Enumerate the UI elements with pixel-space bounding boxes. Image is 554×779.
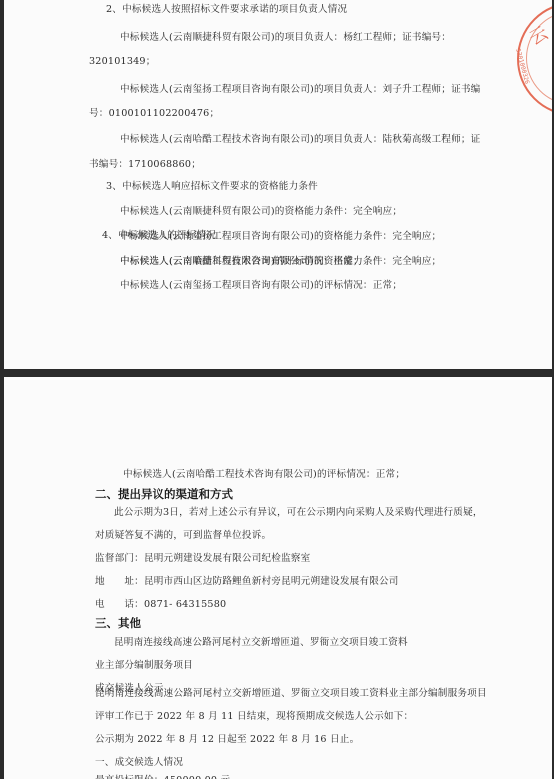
text-line: 中标候选人(云南顺捷科贸有限公司)的资格能力条件：完全响应； bbox=[120, 206, 402, 218]
address-label: 地 址： bbox=[95, 576, 144, 587]
text-line: 评审工作已于 2022 年 8 月 11 日结束，现将预期成交候选人公示如下： bbox=[95, 711, 413, 723]
text-line: 此公示期为3日，若对上述公示有异议，可在公示期内向采购人及采购代理进行质疑， bbox=[114, 507, 483, 519]
text-line: 号：0100101102200476； bbox=[89, 108, 219, 120]
text-line: 中标候选人(云南顺捷科贸有限公司)的评标情况：正常； bbox=[120, 256, 363, 268]
text-line: 320101349； bbox=[89, 56, 156, 68]
phone-row: 电 话：0871- 64315580 bbox=[95, 599, 226, 611]
text-line: 中标候选人(云南玺扬工程项目咨询有限公司)的项目负责人：刘子升工程师；证书编 bbox=[120, 84, 480, 96]
document-page-2: 中标候选人(云南哈酷工程技术咨询有限公司)的评标情况：正常； 二、提出异议的渠道… bbox=[4, 377, 552, 779]
text-line: 对质疑答复不满的，可到监督单位投诉。 bbox=[95, 530, 271, 542]
section-heading-evaluation: 4、中标候选人的评标情况 bbox=[102, 230, 216, 242]
phone-value: 0871- 64315580 bbox=[144, 599, 226, 610]
section-title-other: 三、其他 bbox=[95, 616, 141, 630]
text-line: 书编号：1710068860； bbox=[89, 159, 201, 171]
text-line: 公示期为 2022 年 8 月 12 日起至 2022 年 8 月 16 日止。 bbox=[95, 734, 359, 746]
document-page-1: 2、中标候选人按照招标文件要求承诺的项目负责人情况 中标候选人(云南顺捷科贸有限… bbox=[4, 0, 552, 369]
text-line: 昆明南连接线高速公路河尾村立交新增匝道、罗衙立交项目竣工资料业主部分编制服务项目 bbox=[95, 688, 487, 700]
section-heading-qualification: 3、中标候选人响应招标文件要求的资格能力条件 bbox=[106, 181, 318, 193]
text-line: 昆明南连接线高速公路河尾村立交新增匝道、罗衙立交项目竣工资料 bbox=[114, 637, 408, 649]
text-line: 中标候选人(云南玺扬工程项目咨询有限公司)的评标情况：正常； bbox=[120, 280, 402, 292]
section-title-objection-channels: 二、提出异议的渠道和方式 bbox=[95, 487, 233, 501]
official-seal-stamp: 云 5301000326 bbox=[517, 2, 552, 116]
text-line-clipped: 最高投标限价：450000.00 元 bbox=[95, 775, 230, 779]
section-heading-project-leader: 2、中标候选人按照招标文件要求承诺的项目负责人情况 bbox=[106, 4, 347, 16]
phone-label: 电 话： bbox=[95, 599, 144, 610]
supervisor-department: 监督部门：昆明元朔建设发展有限公司纪检监察室 bbox=[95, 553, 310, 565]
address-row: 地 址：昆明市西山区边防路鲤鱼新村旁昆明元朔建设发展有限公司 bbox=[95, 576, 399, 588]
address-value: 昆明市西山区边防路鲤鱼新村旁昆明元朔建设发展有限公司 bbox=[144, 576, 399, 587]
text-line: 中标候选人(云南顺捷科贸有限公司)的项目负责人：杨红工程师；证书编号： bbox=[120, 32, 451, 44]
text-line: 中标候选人(云南哈酷工程技术咨询有限公司)的项目负责人：陆秋菊高级工程师；证 bbox=[120, 134, 480, 146]
text-line: 业主部分编制服务项目 bbox=[95, 660, 193, 672]
text-line: 一、成交候选人情况 bbox=[95, 757, 183, 769]
text-line: 中标候选人(云南哈酷工程技术咨询有限公司)的评标情况：正常； bbox=[123, 469, 405, 481]
